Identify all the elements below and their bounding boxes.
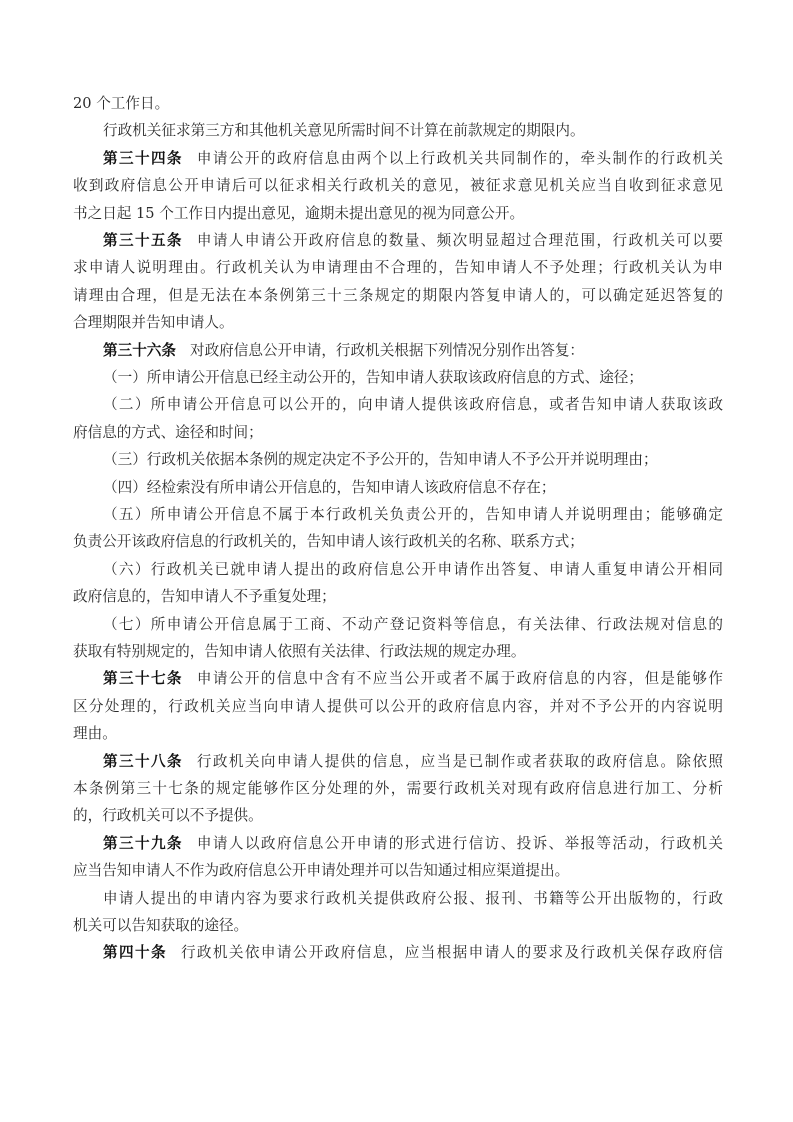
text-line: （七）所申请公开信息属于工商、不动产登记资料等信息，有关法律、行政法规对信息的 [103, 611, 723, 638]
text-line: （二）所申请公开信息可以公开的，向申请人提供该政府信息，或者告知申请人获取该政 [103, 391, 723, 418]
text-line: 书之日起 15 个工作日内提出意见，逾期未提出意见的视为同意公开。 [73, 200, 723, 227]
text-line: 合理期限并告知申请人。 [73, 309, 723, 336]
text-line: 求申请人说明理由。行政机关认为申请理由不合理的，告知申请人不予处理；行政机关认为… [73, 254, 723, 281]
text-line: 20 个工作日。 [73, 90, 723, 117]
text-line: 请理由合理，但是无法在本条例第三十三条规定的期限内答复申请人的，可以确定延迟答复… [73, 282, 723, 309]
text-line: （三）行政机关依据本条例的规定决定不予公开的，告知申请人不予公开并说明理由； [103, 446, 723, 473]
line-text: 府信息的方式、途径和时间； [73, 424, 263, 441]
text-line: 收到政府信息公开申请后可以征求相关行政机关的意见，被征求意见机关应当自收到征求意… [73, 172, 723, 199]
line-text: 收到政府信息公开申请后可以征求相关行政机关的意见，被征求意见机关应当自收到征求意… [73, 177, 723, 194]
line-text: 申请公开的政府信息由两个以上行政机关共同制作的，牵头制作的行政机关 [197, 150, 723, 167]
line-text: （五）所申请公开信息不属于本行政机关负责公开的，告知申请人并说明理由；能够确定 [103, 506, 723, 523]
article-number: 第三十八条 [103, 753, 183, 770]
text-line: 应当告知申请人不作为政府信息公开申请处理并可以告知通过相应渠道提出。 [73, 857, 723, 884]
text-line: 负责公开该政府信息的行政机关的，告知申请人该行政机关的名称、联系方式； [73, 528, 723, 555]
line-text: （六）行政机关已就申请人提出的政府信息公开申请作出答复、申请人重复申请公开相同 [103, 561, 723, 578]
article-number: 第三十七条 [103, 670, 183, 687]
text-line: 区分处理的，行政机关应当向申请人提供可以公开的政府信息内容，并对不予公开的内容说… [73, 693, 723, 720]
line-text: 申请公开的信息中含有不应当公开或者不属于政府信息的内容，但是能够作 [197, 670, 723, 687]
line-text: 机关可以告知获取的途径。 [73, 917, 248, 934]
article-number: 第三十五条 [103, 232, 183, 249]
line-text: 请理由合理，但是无法在本条例第三十三条规定的期限内答复申请人的，可以确定延迟答复… [73, 287, 723, 304]
line-text: （三）行政机关依据本条例的规定决定不予公开的，告知申请人不予公开并说明理由； [103, 451, 658, 468]
line-text: 政府信息的，告知申请人不予重复处理； [73, 588, 336, 605]
article-first-line: 第三十八条行政机关向申请人提供的信息，应当是已制作或者获取的政府信息。除依照 [103, 748, 723, 775]
line-text: （二）所申请公开信息可以公开的，向申请人提供该政府信息，或者告知申请人获取该政 [103, 396, 723, 413]
line-text: 应当告知申请人不作为政府信息公开申请处理并可以告知通过相应渠道提出。 [73, 862, 569, 879]
text-line: （一）所申请公开信息已经主动公开的，告知申请人获取该政府信息的方式、途径； [103, 364, 723, 391]
line-text: 的，行政机关可以不予提供。 [73, 807, 263, 824]
article-first-line: 第三十九条申请人以政府信息公开申请的形式进行信访、投诉、举报等活动，行政机关 [103, 830, 723, 857]
line-text: （七）所申请公开信息属于工商、不动产登记资料等信息，有关法律、行政法规对信息的 [103, 616, 723, 633]
line-text: 本条例第三十七条的规定能够作区分处理的外，需要行政机关对现有政府信息进行加工、分… [73, 780, 723, 797]
text-line: （四）经检索没有所申请公开信息的，告知申请人该政府信息不存在； [103, 474, 723, 501]
line-text: （四）经检索没有所申请公开信息的，告知申请人该政府信息不存在； [103, 479, 555, 496]
line-text: 20 个工作日。 [73, 95, 169, 112]
line-text: 获取有特别规定的，告知申请人依照有关法律、行政法规的规定办理。 [73, 643, 525, 660]
line-text: （一）所申请公开信息已经主动公开的，告知申请人获取该政府信息的方式、途径； [103, 369, 643, 386]
article-number: 第三十九条 [103, 835, 183, 852]
line-text: 行政机关征求第三方和其他机关意见所需时间不计算在前款规定的期限内。 [103, 122, 585, 139]
article-first-line: 第三十七条申请公开的信息中含有不应当公开或者不属于政府信息的内容，但是能够作 [103, 665, 723, 692]
article-number: 第三十四条 [103, 150, 183, 167]
text-line: 的，行政机关可以不予提供。 [73, 802, 723, 829]
article-number: 第三十六条 [103, 342, 176, 359]
text-line: 政府信息的，告知申请人不予重复处理； [73, 583, 723, 610]
text-line: 行政机关征求第三方和其他机关意见所需时间不计算在前款规定的期限内。 [103, 117, 723, 144]
article-first-line: 第三十六条对政府信息公开申请，行政机关根据下列情况分别作出答复： [103, 337, 723, 364]
article-first-line: 第四十条行政机关依申请公开政府信息，应当根据申请人的要求及行政机关保存政府信 [103, 939, 723, 966]
article-first-line: 第三十五条申请人申请公开政府信息的数量、频次明显超过合理范围，行政机关可以要 [103, 227, 723, 254]
line-text: 对政府信息公开申请，行政机关根据下列情况分别作出答复： [190, 342, 584, 359]
text-line: （五）所申请公开信息不属于本行政机关负责公开的，告知申请人并说明理由；能够确定 [103, 501, 723, 528]
article-first-line: 第三十四条申请公开的政府信息由两个以上行政机关共同制作的，牵头制作的行政机关 [103, 145, 723, 172]
text-line: 申请人提出的申请内容为要求行政机关提供政府公报、报刊、书籍等公开出版物的，行政 [103, 885, 723, 912]
text-line: （六）行政机关已就申请人提出的政府信息公开申请作出答复、申请人重复申请公开相同 [103, 556, 723, 583]
text-line: 理由。 [73, 720, 723, 747]
line-text: 求申请人说明理由。行政机关认为申请理由不合理的，告知申请人不予处理；行政机关认为… [73, 259, 723, 276]
text-line: 府信息的方式、途径和时间； [73, 419, 723, 446]
line-text: 行政机关依申请公开政府信息，应当根据申请人的要求及行政机关保存政府信 [181, 944, 723, 961]
line-text: 申请人以政府信息公开申请的形式进行信访、投诉、举报等活动，行政机关 [197, 835, 723, 852]
document-page: 20 个工作日。行政机关征求第三方和其他机关意见所需时间不计算在前款规定的期限内… [0, 0, 793, 1122]
text-line: 机关可以告知获取的途径。 [73, 912, 723, 939]
line-text: 申请人提出的申请内容为要求行政机关提供政府公报、报刊、书籍等公开出版物的，行政 [103, 890, 723, 907]
line-text: 理由。 [73, 725, 117, 742]
text-line: 本条例第三十七条的规定能够作区分处理的外，需要行政机关对现有政府信息进行加工、分… [73, 775, 723, 802]
line-text: 书之日起 15 个工作日内提出意见，逾期未提出意见的视为同意公开。 [73, 205, 524, 222]
line-text: 申请人申请公开政府信息的数量、频次明显超过合理范围，行政机关可以要 [197, 232, 723, 249]
line-text: 负责公开该政府信息的行政机关的，告知申请人该行政机关的名称、联系方式； [73, 533, 584, 550]
line-text: 区分处理的，行政机关应当向申请人提供可以公开的政府信息内容，并对不予公开的内容说… [73, 698, 723, 715]
article-number: 第四十条 [103, 944, 167, 961]
line-text: 合理期限并告知申请人。 [73, 314, 234, 331]
line-text: 行政机关向申请人提供的信息，应当是已制作或者获取的政府信息。除依照 [197, 753, 723, 770]
text-line: 获取有特别规定的，告知申请人依照有关法律、行政法规的规定办理。 [73, 638, 723, 665]
